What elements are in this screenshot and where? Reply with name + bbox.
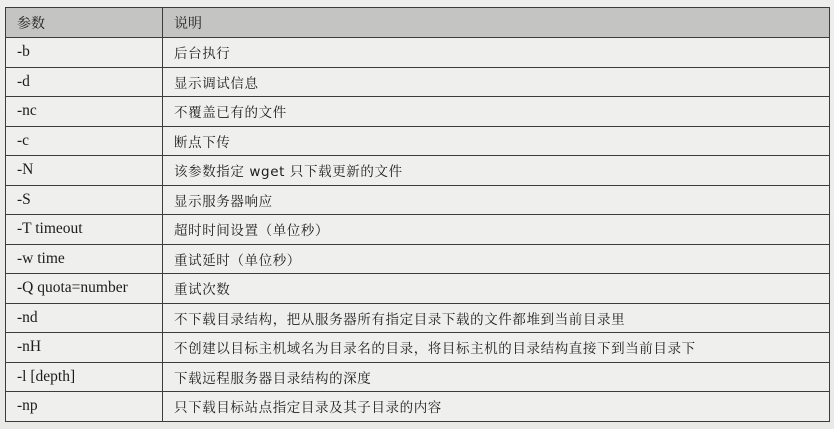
- option-cell: -S: [6, 185, 163, 215]
- option-cell: -b: [6, 38, 163, 68]
- option-cell: -nd: [6, 303, 163, 333]
- table-row: -np 只下载目标站点指定目录及其子目录的内容: [6, 392, 830, 422]
- description-cell: 重试次数: [163, 274, 830, 304]
- option-cell: -nc: [6, 97, 163, 127]
- option-cell: -N: [6, 156, 163, 186]
- description-cell: 该参数指定 wget 只下载更新的文件: [163, 156, 830, 186]
- table-row: -c 断点下传: [6, 126, 830, 156]
- description-cell: 后台执行: [163, 38, 830, 68]
- table-row: -nc 不覆盖已有的文件: [6, 97, 830, 127]
- option-cell: -c: [6, 126, 163, 156]
- description-cell: 只下载目标站点指定目录及其子目录的内容: [163, 392, 830, 422]
- option-cell: -w time: [6, 244, 163, 274]
- option-cell: -Q quota=number: [6, 274, 163, 304]
- document-page: 参数 说明 -b 后台执行 -d 显示调试信息 -nc 不覆盖已有的文件 -c …: [0, 0, 834, 429]
- description-cell: 不覆盖已有的文件: [163, 97, 830, 127]
- table-row: -S 显示服务器响应: [6, 185, 830, 215]
- description-cell: 下载远程服务器目录结构的深度: [163, 362, 830, 392]
- table-row: -w time 重试延时（单位秒）: [6, 244, 830, 274]
- description-cell: 超时时间设置（单位秒）: [163, 215, 830, 245]
- table-row: -d 显示调试信息: [6, 67, 830, 97]
- option-cell: -l [depth]: [6, 362, 163, 392]
- option-cell: -T timeout: [6, 215, 163, 245]
- table-row: -N 该参数指定 wget 只下载更新的文件: [6, 156, 830, 186]
- description-cell: 断点下传: [163, 126, 830, 156]
- table-row: -b 后台执行: [6, 38, 830, 68]
- description-cell: 不创建以目标主机域名为目录名的目录，将目标主机的目录结构直接下到当前目录下: [163, 333, 830, 363]
- description-cell: 显示服务器响应: [163, 185, 830, 215]
- option-cell: -np: [6, 392, 163, 422]
- table-row: -nH 不创建以目标主机域名为目录名的目录，将目标主机的目录结构直接下到当前目录…: [6, 333, 830, 363]
- wget-parameters-table: 参数 说明 -b 后台执行 -d 显示调试信息 -nc 不覆盖已有的文件 -c …: [5, 7, 830, 422]
- header-parameter: 参数: [6, 8, 163, 38]
- description-cell: 不下载目录结构，把从服务器所有指定目录下载的文件都堆到当前目录里: [163, 303, 830, 333]
- table-row: -l [depth] 下载远程服务器目录结构的深度: [6, 362, 830, 392]
- description-cell: 重试延时（单位秒）: [163, 244, 830, 274]
- option-cell: -nH: [6, 333, 163, 363]
- table-header-row: 参数 说明: [6, 8, 830, 38]
- table-row: -nd 不下载目录结构，把从服务器所有指定目录下载的文件都堆到当前目录里: [6, 303, 830, 333]
- table-row: -Q quota=number 重试次数: [6, 274, 830, 304]
- description-cell: 显示调试信息: [163, 67, 830, 97]
- option-cell: -d: [6, 67, 163, 97]
- table-row: -T timeout 超时时间设置（单位秒）: [6, 215, 830, 245]
- header-description: 说明: [163, 8, 830, 38]
